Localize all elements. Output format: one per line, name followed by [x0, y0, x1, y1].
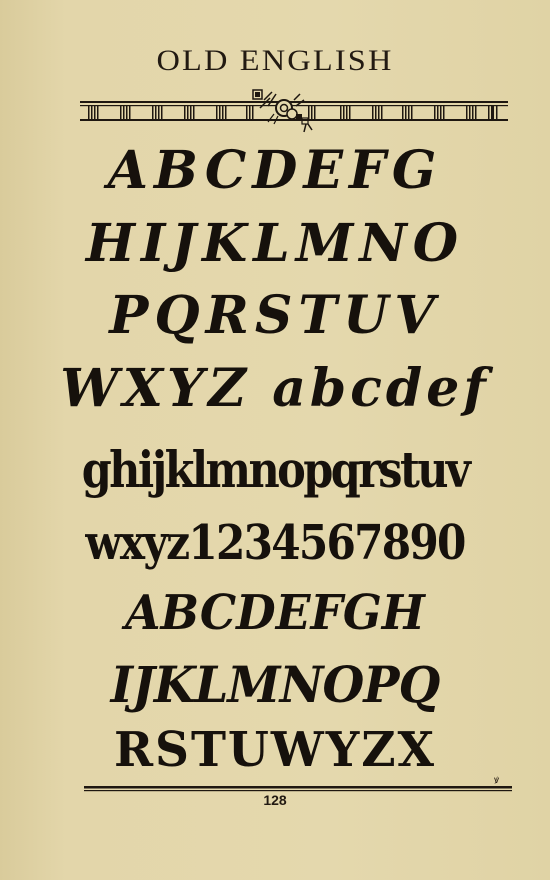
specimen-line-uppercase-w-z-lowercase-a-f: WXYZ abcdef [0, 358, 550, 419]
flower-ornament-icon [250, 86, 318, 134]
printer-mark-icon: ꝟ [494, 772, 499, 786]
page-number: 128 [0, 792, 550, 808]
specimen-line-lowercase-g-v: ghijklmnopqrstuv [39, 440, 512, 499]
specimen-line-uppercase-a-g: ABCDEFG [0, 140, 550, 201]
specimen-line-alt-uppercase-r-x: RSTUWYZX [6, 722, 545, 778]
specimen-line-uppercase-h-o: HIJKLMNO [0, 213, 550, 274]
specimen-line-alt-uppercase-a-h: ABCDEFGH [14, 585, 537, 641]
specimen-line-uppercase-p-v: PQRSTUV [0, 285, 550, 346]
specimen-line-lowercase-w-z-numerals: wxyz1234567890 [33, 515, 517, 571]
page-title: OLD ENGLISH [0, 44, 550, 78]
specimen-line-alt-uppercase-i-q: IJKLMNOPQ [11, 655, 539, 714]
